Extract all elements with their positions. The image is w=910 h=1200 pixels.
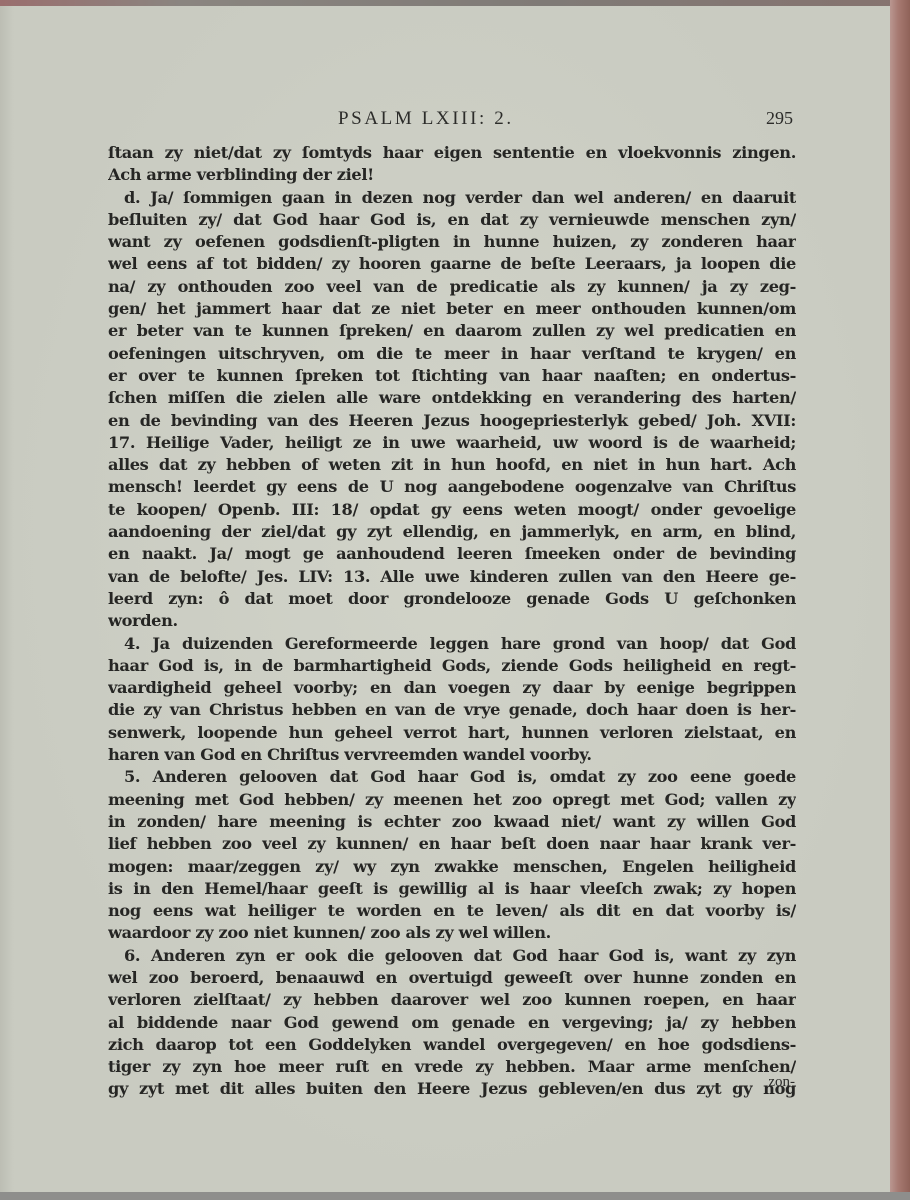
text-line: worden.	[108, 610, 796, 632]
text-line: senwerk, loopende hun geheel verrot hart…	[108, 722, 796, 744]
paragraph-start-line: d. Ja/ ſommigen gaan in dezen nog verder…	[108, 187, 796, 209]
text-line: na/ zy onthouden zoo veel van de predica…	[108, 276, 796, 298]
text-line: verloren zielſtaat/ zy hebben daarover w…	[108, 989, 796, 1011]
text-line: en naakt. Ja/ mogt ge aanhoudend leeren …	[108, 543, 796, 565]
text-line: Ach arme verblinding der ziel!	[108, 164, 796, 186]
text-line: nog eens wat heiliger te worden en te le…	[108, 900, 796, 922]
text-line: er beter van te kunnen ſpreken/ en daaro…	[108, 320, 796, 342]
text-line: want zy oefenen godsdienſt-pligten in hu…	[108, 231, 796, 253]
page-bottom-edge	[0, 1192, 910, 1200]
text-line: ſchen miſſen die zielen alle ware ontdek…	[108, 387, 796, 409]
text-line: meening met God hebben/ zy meenen het zo…	[108, 789, 796, 811]
text-line: wel zoo beroerd, benaauwd en overtuigd g…	[108, 967, 796, 989]
running-head: PSALM LXIII: 2. 295	[108, 108, 793, 136]
text-line: van de belofte/ Jes. LIV: 13. Alle uwe k…	[108, 566, 796, 588]
text-line: tiger zy zyn hoe meer ruſt en vrede zy h…	[108, 1056, 796, 1078]
text-line: is in den Hemel/haar geeſt is gewillig a…	[108, 878, 796, 900]
page-right-edge	[890, 0, 910, 1192]
text-line: alles dat zy hebben of weten zit in hun …	[108, 454, 796, 476]
text-line: vaardigheid geheel voorby; en dan voegen…	[108, 677, 796, 699]
text-line: te koopen/ Openb. III: 18/ opdat gy eens…	[108, 499, 796, 521]
text-line: 17. Heilige Vader, heiligt ze in uwe waa…	[108, 432, 796, 454]
catchword: zon-	[768, 1074, 795, 1091]
paragraph-start-line: 4. Ja duizenden Gereformeerde leggen har…	[108, 633, 796, 655]
text-line: mogen: maar/zeggen zy/ wy zyn zwakke men…	[108, 856, 796, 878]
text-line: haren van God en Chriſtus vervreemden wa…	[108, 744, 796, 766]
text-line: en de bevinding van des Heeren Jezus hoo…	[108, 410, 796, 432]
page-number: 295	[766, 108, 793, 129]
running-title: PSALM LXIII: 2.	[338, 108, 514, 130]
text-line: haar God is, in de barmhartigheid Gods, …	[108, 655, 796, 677]
text-line: gen/ het jammert haar dat ze niet beter …	[108, 298, 796, 320]
text-line: wel eens af tot bidden/ zy hooren gaarne…	[108, 253, 796, 275]
text-line: in zonden/ hare meening is echter zoo kw…	[108, 811, 796, 833]
paragraph-start-line: 5. Anderen gelooven dat God haar God is,…	[108, 766, 796, 788]
text-line: er over te kunnen ſpreken tot ſtichting …	[108, 365, 796, 387]
text-line: leerd zyn: ô dat moet door grondelooze g…	[108, 588, 796, 610]
text-line: al biddende naar God gewend om genade en…	[108, 1012, 796, 1034]
text-line: zich daarop tot een Goddelyken wandel ov…	[108, 1034, 796, 1056]
body-text: ſtaan zy niet/dat zy ſomtyds haar eigen …	[108, 142, 796, 1101]
text-line: die zy van Christus hebben en van de vry…	[108, 699, 796, 721]
text-line: oefeningen uitschryven, om die te meer i…	[108, 343, 796, 365]
text-line: waardoor zy zoo niet kunnen/ zoo als zy …	[108, 922, 796, 944]
paragraph-start-line: 6. Anderen zyn er ook die gelooven dat G…	[108, 945, 796, 967]
text-line: aandoening der ziel/dat gy zyt ellendig,…	[108, 521, 796, 543]
text-line: mensch! leerdet gy eens de U nog aangebo…	[108, 476, 796, 498]
text-line: lief hebben zoo veel zy kunnen/ en haar …	[108, 833, 796, 855]
text-line: beſluiten zy/ dat God haar God is, en da…	[108, 209, 796, 231]
text-line: gy zyt met dit alles buiten den Heere Je…	[108, 1078, 796, 1100]
text-line: ſtaan zy niet/dat zy ſomtyds haar eigen …	[108, 142, 796, 164]
